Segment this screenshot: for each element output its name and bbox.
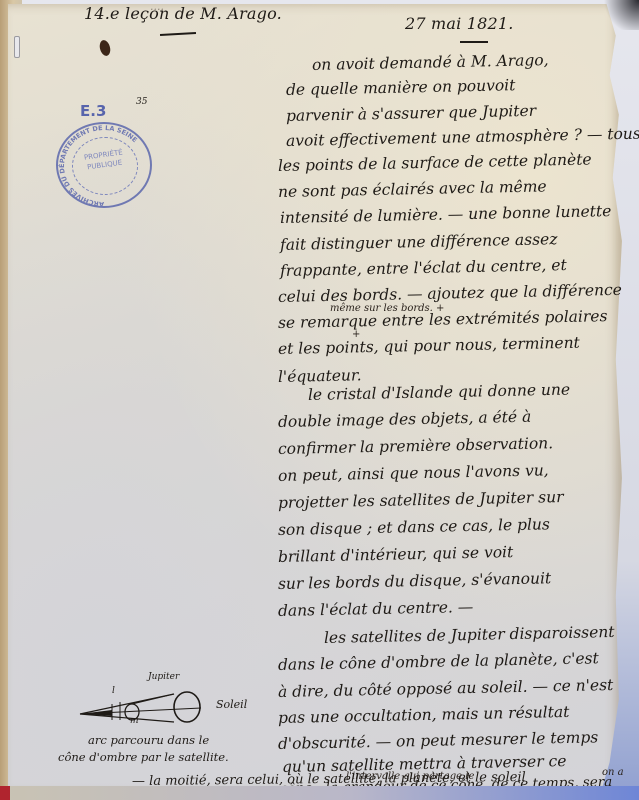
pin-mark-icon xyxy=(14,36,20,58)
diagram-label-l: l xyxy=(112,686,115,696)
table-surface-strip xyxy=(0,786,639,800)
archive-stamp: ARCHIVES DU DÉPARTEMENT DE LA SEINE PROP… xyxy=(56,122,152,208)
diagram-label-m: m xyxy=(130,716,139,726)
corner-shadow xyxy=(599,0,639,30)
archive-number: E.3 xyxy=(80,102,106,120)
shadow-cone-diagram: Jupiter Soleil l m xyxy=(76,680,266,726)
red-object-corner xyxy=(0,786,10,800)
archive-superscript: 35 xyxy=(136,97,147,107)
body-line: dans l'éclat du centre. — xyxy=(278,597,474,621)
lecture-title: 14.e leçon de M. Arago. xyxy=(84,4,282,23)
diagram-caption-line2: cône d'ombre par le satellite. xyxy=(58,750,229,764)
lecture-date: 27 mai 1821. xyxy=(405,14,514,33)
diagram-label-jupiter: Jupiter xyxy=(148,672,179,682)
date-underline xyxy=(460,41,488,43)
diagram-caption-line1: arc parcouru dans le xyxy=(88,733,209,747)
diagram-label-sun: Soleil xyxy=(216,698,247,711)
